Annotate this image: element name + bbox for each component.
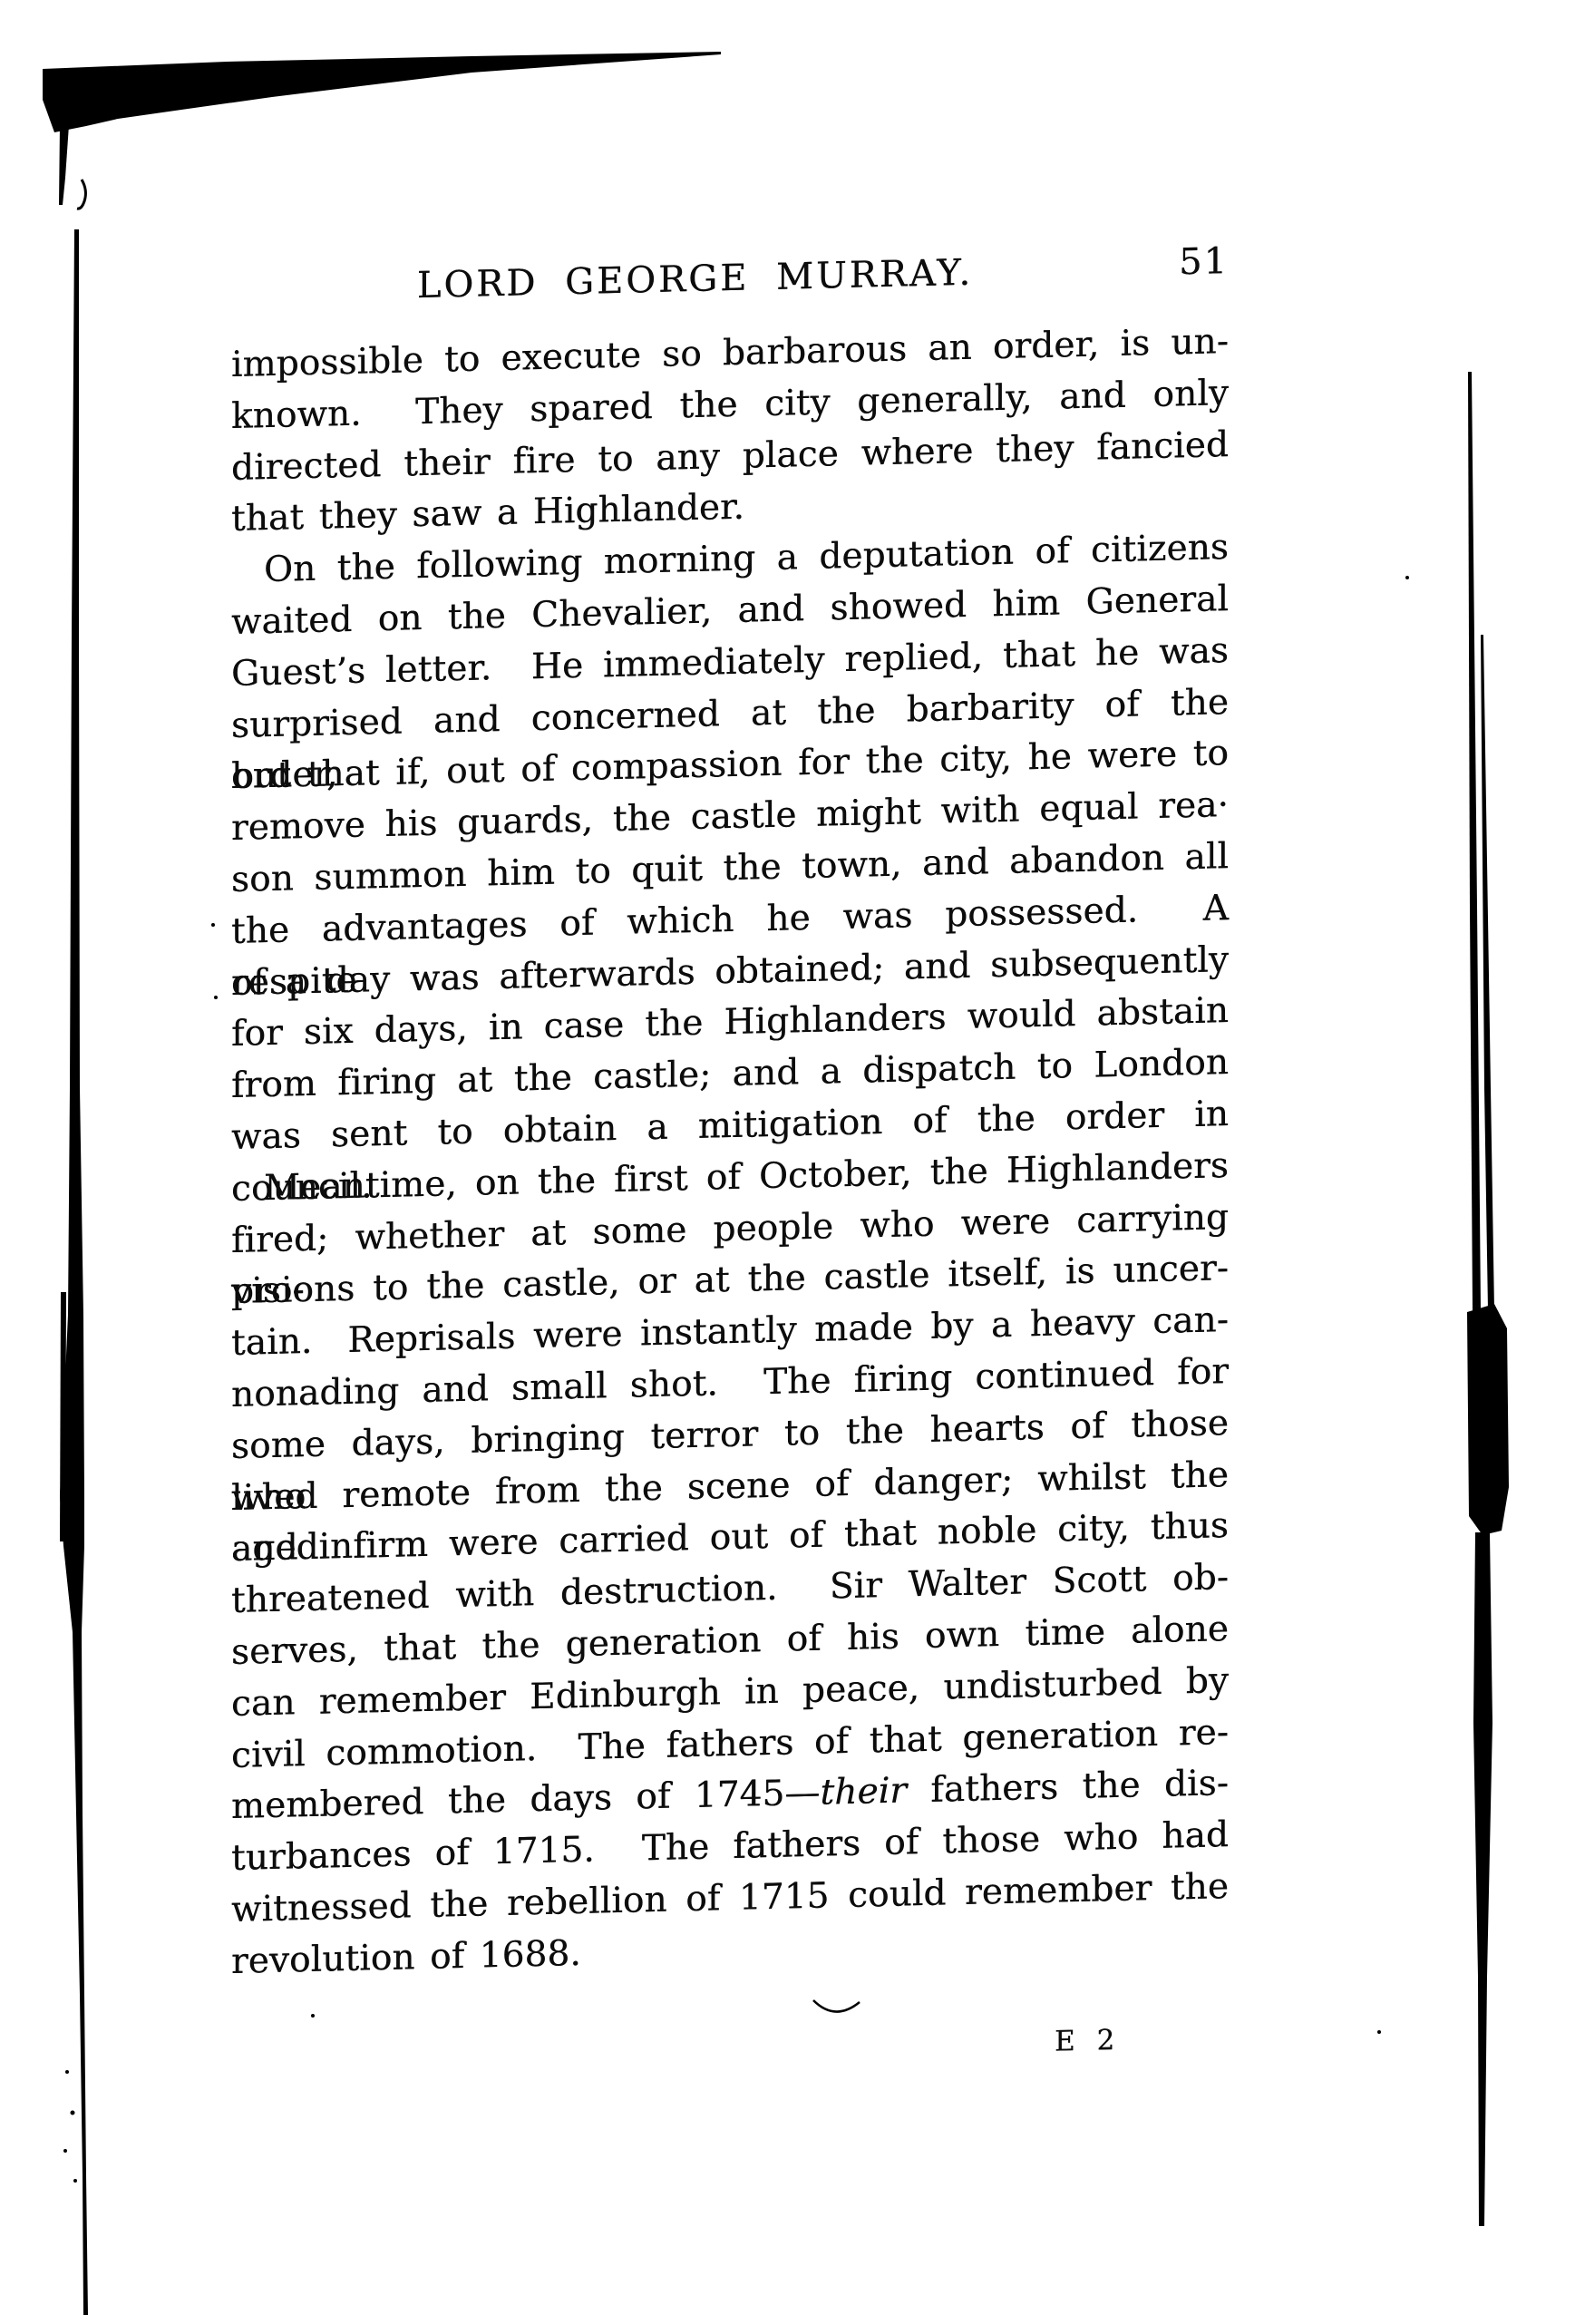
speck bbox=[73, 2179, 77, 2183]
text-segment: membered the days of 1745— bbox=[231, 1773, 820, 1827]
speck bbox=[214, 996, 218, 999]
text-segment: fathers the dis- bbox=[907, 1763, 1229, 1811]
text-segment: their bbox=[820, 1771, 907, 1813]
speck bbox=[1405, 576, 1409, 579]
scanned-page: LORD GEORGE MURRAY. 51 impossible to exe… bbox=[0, 0, 1575, 2324]
right-gutter-line-artifact bbox=[1468, 372, 1481, 1310]
page-header: LORD GEORGE MURRAY. 51 bbox=[231, 246, 1229, 316]
speck bbox=[211, 923, 215, 927]
top-shadow-curl-artifact bbox=[77, 180, 85, 209]
right-gutter-tail-artifact bbox=[1473, 1532, 1492, 2226]
speck bbox=[1377, 2030, 1381, 2034]
left-gutter-line-artifact bbox=[60, 229, 88, 2315]
right-gutter-line2-artifact bbox=[1481, 635, 1494, 1310]
page-number: 51 bbox=[1179, 240, 1229, 283]
speck bbox=[65, 2070, 69, 2074]
text-segment: that they saw a Highlander. bbox=[231, 487, 744, 540]
top-shadow-drip-artifact bbox=[59, 125, 69, 205]
speck bbox=[63, 2149, 67, 2153]
running-header-title: LORD GEORGE MURRAY. bbox=[231, 248, 1159, 311]
speck bbox=[71, 2111, 75, 2115]
left-gutter-sliver-artifact bbox=[60, 1292, 66, 1541]
top-edge-shadow-artifact bbox=[43, 52, 721, 132]
page-content: LORD GEORGE MURRAY. 51 impossible to exe… bbox=[231, 233, 1229, 2125]
right-gutter-band-artifact bbox=[1467, 1304, 1509, 1535]
body-text: impossible to execute so barbarous an or… bbox=[231, 316, 1229, 1988]
text-segment: revolution of 1688. bbox=[231, 1933, 581, 1982]
signature-mark: E 2 bbox=[1055, 2024, 1115, 2058]
